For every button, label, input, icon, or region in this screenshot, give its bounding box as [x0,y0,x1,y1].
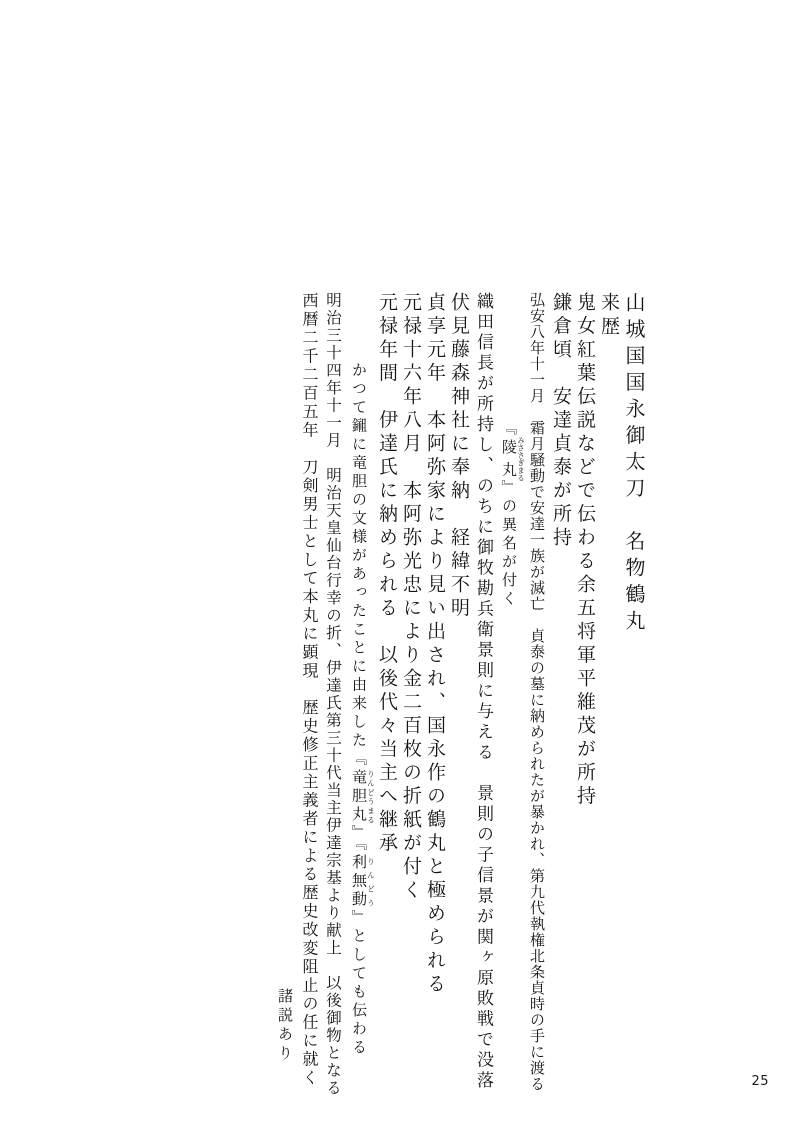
entry-fushimi-fujinomori: 伏見藤森神社に奉納 経緯不明 [447,292,471,1117]
entry-oda-nobunaga: 織田信長が所持し、のちに御牧勘兵衛景則に与える 景則の子信景が関ヶ原敗戦で没落 [471,292,495,1117]
page-number: 25 [751,1074,769,1089]
document-page: { "colors": { "background": "#ffffff", "… [0,0,800,1135]
entry-meiji-emperor: 明治三十四年十一月 明治天皇仙台行幸の折、伊達氏第三十代当主伊達宗基より献上 以… [321,292,345,1117]
furigana-misasagimaru: みささぎまる [517,437,526,482]
ruby-rindomaru: 竜胆丸りんどうまる [350,769,368,825]
section-heading-history: 来歴 [597,292,621,1117]
alias-note-post: 』の異名が付く [500,480,518,610]
furigana-rindomaru: りんどうまる [367,769,376,825]
nickname-note-post: 』としても伝わる [350,910,368,1058]
nickname-note-pre: かつて鎺に竜胆の文様があったことに由来した『 [350,362,368,769]
disclaimer-shosetsu-ari: 諸説あり [273,292,297,1117]
entry-seireki-citadel: 西暦二千二百五年 刀剣男士として本丸に顕現 歴史修正主義者による歴史改変阻止の任… [297,292,321,1117]
entry-genroku-date-clan: 元禄年間 伊達氏に納められる 以後代々当主へ継承 [375,292,399,1117]
entry-kamakura-adachi: 鎌倉頃 安達貞泰が所持 [549,292,573,1117]
entry-jokyo-honami: 貞享元年 本阿弥家により見い出され、国永作の鶴丸と極められる [423,292,447,1117]
ruby-rindo: 利無動りんどう [350,854,368,910]
nickname-note-base1: 竜胆丸 [350,769,368,825]
document-title: 山城国国永御太刀 名物鶴丸 [621,292,647,1117]
nickname-note-base2: 利無動 [350,854,368,910]
nickname-note-mid: 』『 [350,825,368,855]
nickname-note-rindomaru: かつて鎺に竜胆の文様があったことに由来した『竜胆丸りんどうまる』『利無動りんどう… [345,292,375,1117]
provenance-text-block: 山城国国永御太刀 名物鶴丸 来歴 鬼女紅葉伝説などで伝わる余五将軍平維茂が所持 … [273,292,647,1117]
alias-note-base: 陵丸 [500,437,518,482]
entry-taira-koremochi: 鬼女紅葉伝説などで伝わる余五将軍平維茂が所持 [573,292,597,1117]
alias-note-misasagimaru: 『陵丸みささぎまる』の異名が付く [495,292,525,1117]
furigana-rindo: りんどう [367,854,376,910]
entry-genroku16-origami: 元禄十六年八月 本阿弥光忠により金二百枚の折紙が付く [399,292,423,1117]
ruby-misasagimaru: 陵丸みささぎまる [500,439,518,480]
entry-koan-shimotsuki: 弘安八年十一月 霜月騒動で安達一族が滅亡 貞泰の墓に納められたが暴かれ、第九代執… [525,292,549,1117]
